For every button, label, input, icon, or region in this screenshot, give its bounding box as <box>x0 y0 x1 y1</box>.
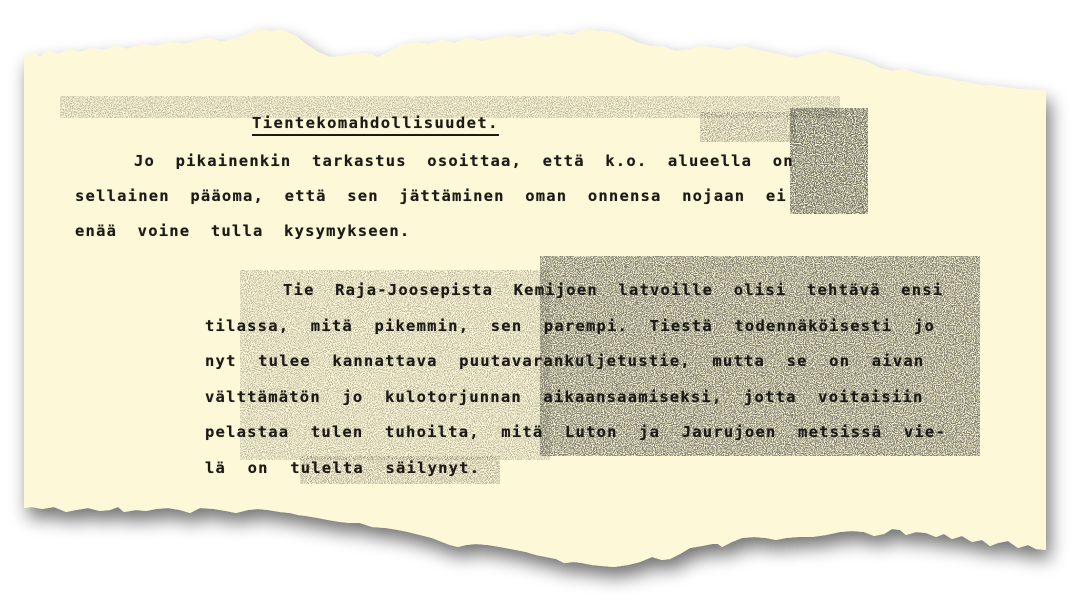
paragraph-line: nyt tulee kannattava puutavarankuljetust… <box>205 351 924 371</box>
paragraph-line: pelastaa tulen tuhoilta, mitä Luton ja J… <box>205 422 946 442</box>
typewritten-document: Tientekomahdollisuudet. Jo pikainenkin t… <box>0 0 1084 601</box>
paragraph-line: tilassa, mitä pikemmin, sen parempi. Tie… <box>205 316 935 336</box>
document-heading: Tientekomahdollisuudet. <box>252 113 499 136</box>
paragraph-line: Tie Raja-Joosepista Kemijoen latvoille o… <box>283 280 943 300</box>
paragraph-line: sellainen pääoma, että sen jättäminen om… <box>75 186 787 206</box>
paragraph-line: enää voine tulla kysymykseen. <box>75 221 410 241</box>
paragraph-line: välttämätön jo kulotorjunnan aikaansaami… <box>205 387 924 407</box>
paragraph-line: Jo pikainenkin tarkastus osoittaa, että … <box>134 151 794 171</box>
paragraph-line: lä on tulelta säilynyt. <box>205 458 480 478</box>
torn-document-clipping: Tientekomahdollisuudet. Jo pikainenkin t… <box>0 0 1084 601</box>
